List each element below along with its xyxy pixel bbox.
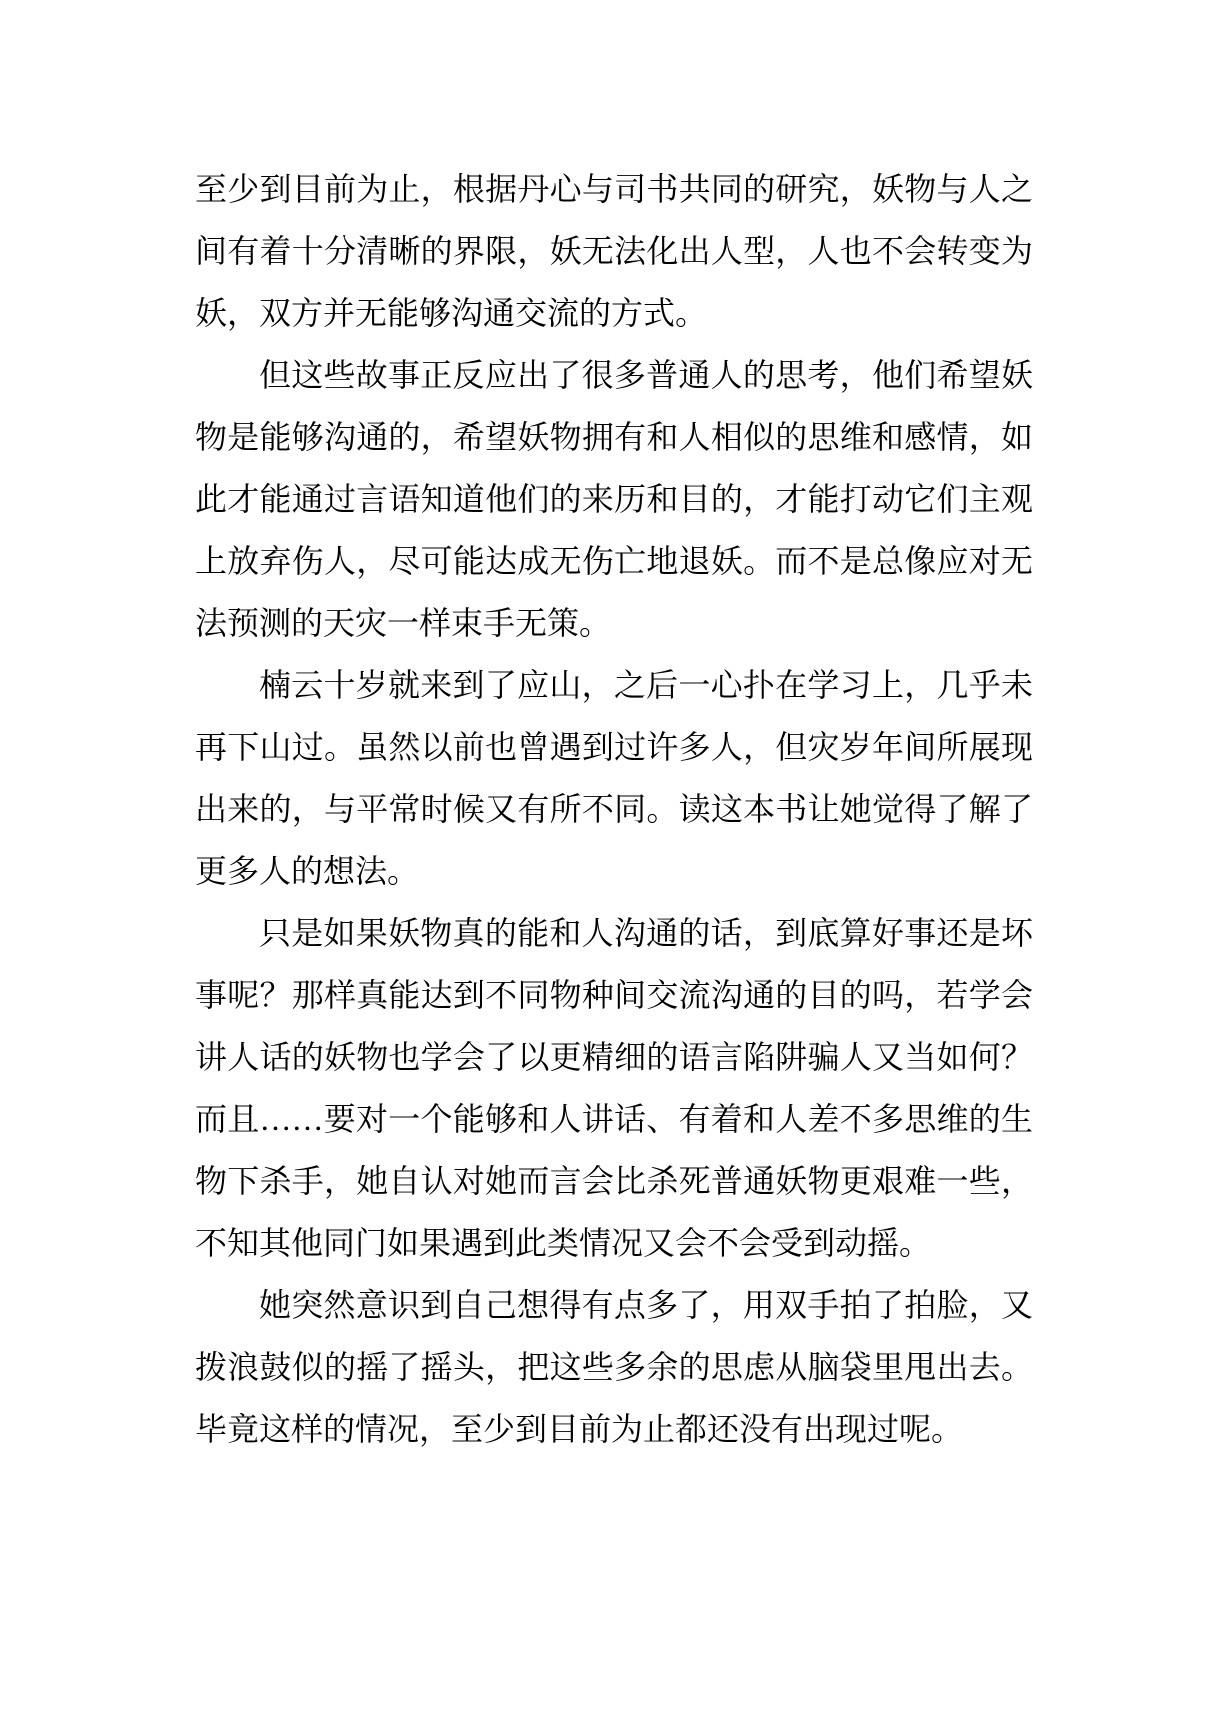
paragraph: 楠云十岁就来到了应山，之后一心扑在学习上，几乎未再下山过。虽然以前也曾遇到过许多… [195, 654, 1033, 902]
book-page: 至少到目前为止，根据丹心与司书共同的研究，妖物与人之间有着十分清晰的界限，妖无法… [0, 0, 1220, 1712]
text-block: 至少到目前为止，根据丹心与司书共同的研究，妖物与人之间有着十分清晰的界限，妖无法… [195, 158, 1033, 1460]
paragraph: 她突然意识到自己想得有点多了，用双手拍了拍脸，又拨浪鼓似的摇了摇头，把这些多余的… [195, 1274, 1033, 1460]
paragraph: 至少到目前为止，根据丹心与司书共同的研究，妖物与人之间有着十分清晰的界限，妖无法… [195, 158, 1033, 344]
paragraph: 只是如果妖物真的能和人沟通的话，到底算好事还是坏事呢？那样真能达到不同物种间交流… [195, 902, 1033, 1274]
paragraph: 但这些故事正反应出了很多普通人的思考，他们希望妖物是能够沟通的，希望妖物拥有和人… [195, 344, 1033, 654]
